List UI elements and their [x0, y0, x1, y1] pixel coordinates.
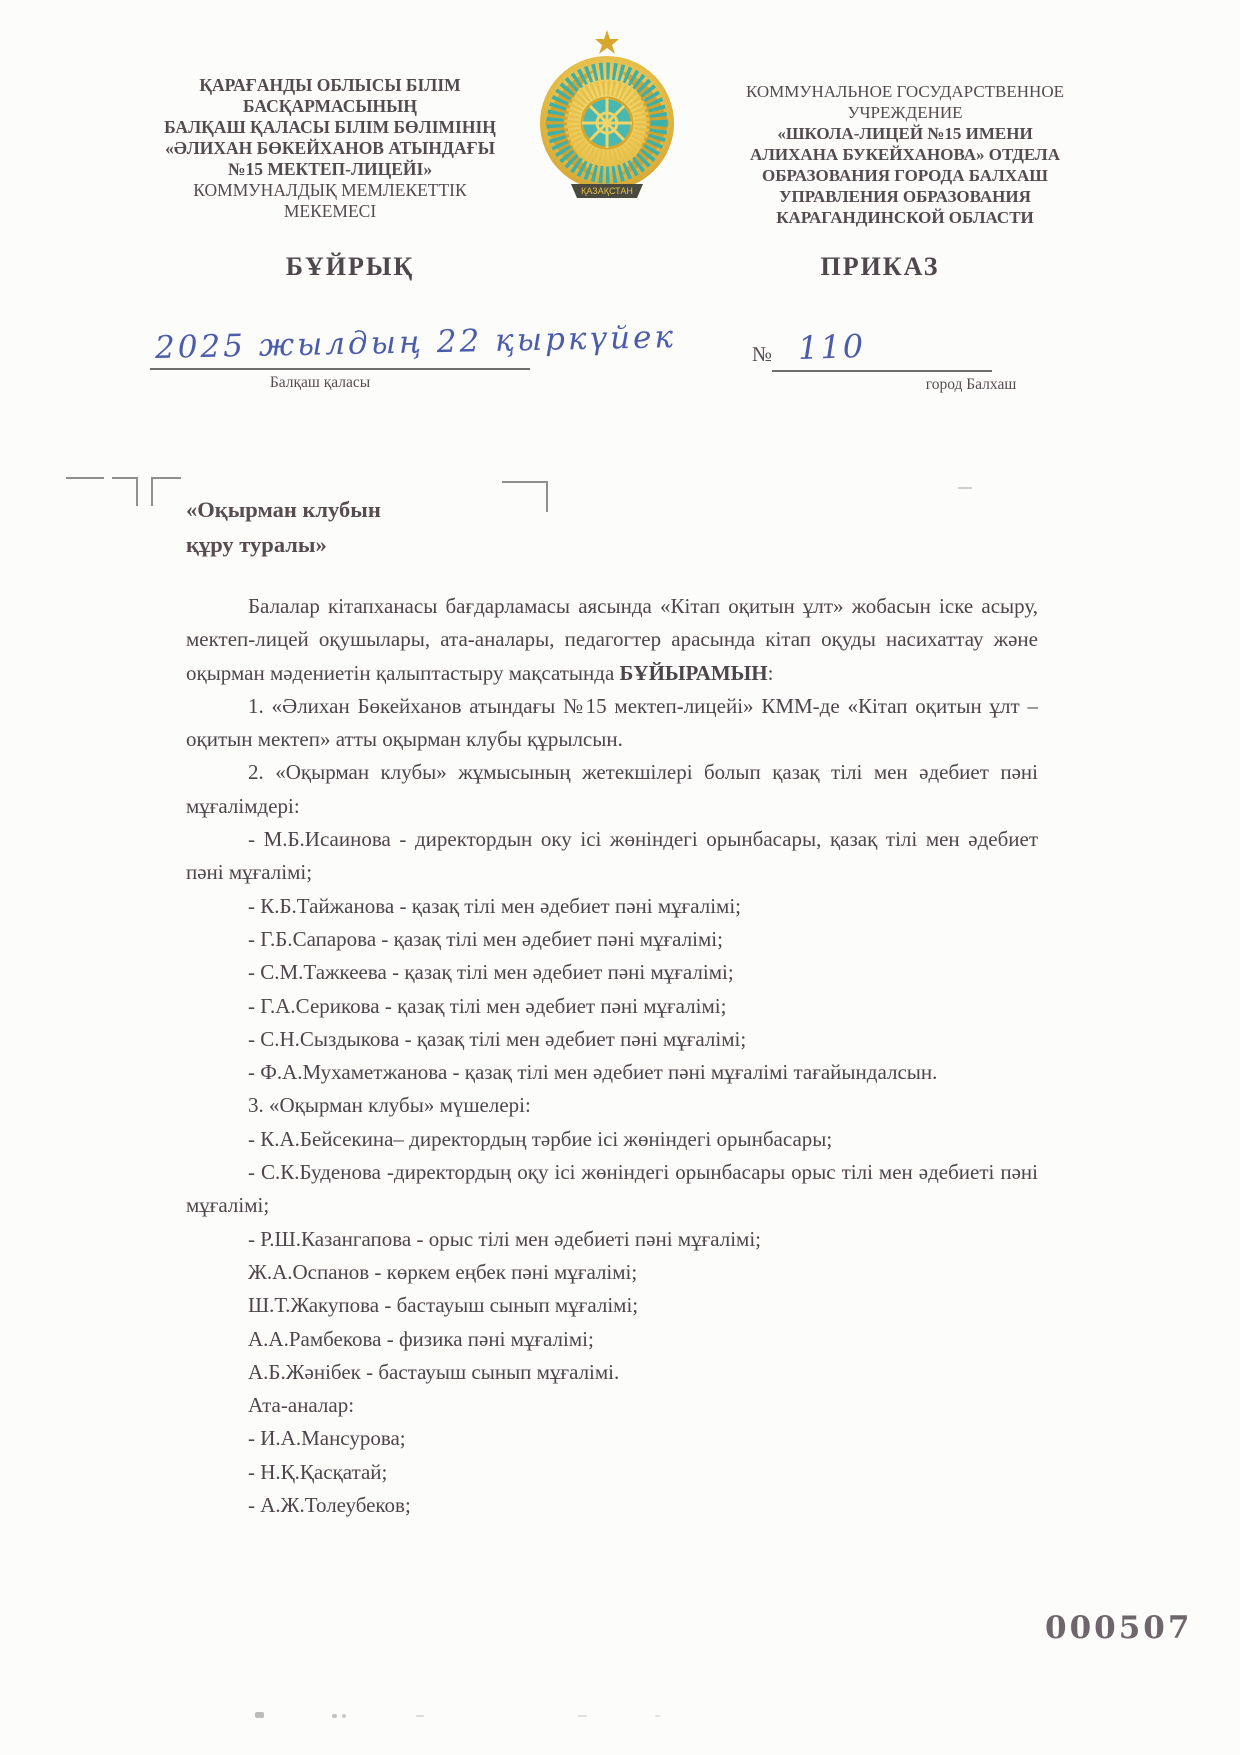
body-paragraph: - Н.Қ.Қасқатай; — [186, 1456, 1038, 1489]
intro-paragraph: Балалар кітапханасы бағдарламасы аясында… — [186, 590, 1038, 690]
header-right-russian: КОММУНАЛЬНОЕ ГОСУДАРСТВЕННОЕ УЧРЕЖДЕНИЕ … — [698, 60, 1112, 228]
body-paragraph: - Ф.А.Мухаметжанова - қазақ тілі мен әде… — [186, 1056, 1038, 1089]
header-left-org-type: КОММУНАЛДЫҚ МЕМЛЕКЕТТІК МЕКЕМЕСІ — [193, 180, 466, 221]
intro-keyword: БҰЙЫРАМЫН — [620, 661, 768, 685]
scan-artifact — [655, 1715, 660, 1717]
crop-mark — [136, 477, 138, 506]
scan-artifact — [332, 1714, 337, 1718]
crop-mark — [151, 477, 181, 479]
number-underline — [772, 370, 992, 372]
document-title: «Оқырман клубын құру туралы» — [186, 492, 606, 562]
handwritten-date: 2025 жылдың 22 қыркүйек — [155, 322, 536, 366]
body-paragraph: - С.Н.Сыздыкова - қазақ тілі мен әдебиет… — [186, 1023, 1038, 1056]
crop-mark — [66, 477, 104, 479]
order-title-kazakh: БҰЙРЫҚ — [170, 252, 530, 282]
handwritten-order-number: 110 — [797, 327, 865, 367]
scanned-order-page: ҚАРАҒАНДЫ ОБЛЫСЫ БІЛІМ БАСҚАРМАСЫНЫҢ БАЛ… — [0, 0, 1240, 1755]
body-paragraph: - А.Ж.Толеубеков; — [186, 1489, 1038, 1522]
intro-tail: : — [768, 661, 774, 685]
crop-mark — [151, 477, 153, 506]
header-left-kazakh: ҚАРАҒАНДЫ ОБЛЫСЫ БІЛІМ БАСҚАРМАСЫНЫҢ БАЛ… — [140, 54, 520, 222]
scan-artifact — [342, 1714, 346, 1718]
scan-artifact — [255, 1712, 264, 1718]
place-label-russian: город Балхаш — [871, 376, 1071, 394]
body-paragraph: 3. «Оқырман клубы» мүшелері: — [186, 1089, 1038, 1122]
body-paragraph: - Р.Ш.Казангапова - орыс тілі мен әдебие… — [186, 1223, 1038, 1256]
scan-artifact — [578, 1715, 587, 1717]
kazakhstan-emblem-icon: ҚАЗАҚСТАН — [525, 24, 689, 208]
crop-mark — [958, 487, 972, 489]
body-paragraph: А.А.Рамбекова - физика пәні мұғалімі; — [186, 1323, 1038, 1356]
page-number-stamp: 000507 — [1045, 1610, 1192, 1646]
body-paragraph: - И.А.Мансурова; — [186, 1422, 1038, 1455]
body-paragraph: 2. «Оқырман клубы» жұмысының жетекшілері… — [186, 756, 1038, 823]
body-paragraph: - М.Б.Исаинова - директордын оку ісі жөн… — [186, 823, 1038, 890]
crop-mark — [112, 477, 138, 479]
header-right-org-type: КОММУНАЛЬНОЕ ГОСУДАРСТВЕННОЕ УЧРЕЖДЕНИЕ — [746, 82, 1064, 122]
body-paragraph: - С.М.Тажкеева - қазақ тілі мен әдебиет … — [186, 956, 1038, 989]
order-number-label: № — [752, 342, 772, 367]
header-right-org-name: «ШКОЛА-ЛИЦЕЙ №15 ИМЕНИ АЛИХАНА БУКЕЙХАНО… — [750, 124, 1060, 227]
body-paragraph: А.Б.Жәнібек - бастауыш сынып мұғалімі. — [186, 1356, 1038, 1389]
place-label-kazakh: Балқаш қаласы — [130, 374, 510, 392]
document-body: Балалар кітапханасы бағдарламасы аясында… — [186, 590, 1038, 1522]
header-left-org-name: ҚАРАҒАНДЫ ОБЛЫСЫ БІЛІМ БАСҚАРМАСЫНЫҢ БАЛ… — [164, 75, 496, 179]
body-paragraph: - К.А.Бейсекина– директордың тәрбие ісі … — [186, 1123, 1038, 1156]
body-paragraph: - Г.А.Серикова - қазақ тілі мен әдебиет … — [186, 990, 1038, 1023]
order-title-russian: ПРИКАЗ — [760, 252, 1000, 282]
paragraph-list: 1. «Әлихан Бөкейханов атындағы №15 мекте… — [186, 690, 1038, 1522]
body-paragraph: Ата-аналар: — [186, 1389, 1038, 1422]
scan-artifact — [416, 1715, 424, 1717]
date-underline — [150, 368, 530, 370]
body-paragraph: 1. «Әлихан Бөкейханов атындағы №15 мекте… — [186, 690, 1038, 757]
crop-mark — [502, 481, 548, 483]
body-paragraph: - С.К.Буденова -директордың оқу ісі жөні… — [186, 1156, 1038, 1223]
body-paragraph: Ш.Т.Жакупова - бастауыш сынып мұғалімі; — [186, 1289, 1038, 1322]
emblem-banner-label: ҚАЗАҚСТАН — [581, 186, 633, 196]
intro-text: Балалар кітапханасы бағдарламасы аясында… — [186, 594, 1038, 685]
body-paragraph: - Г.Б.Сапарова - қазақ тілі мен әдебиет … — [186, 923, 1038, 956]
body-paragraph: Ж.А.Оспанов - көркем еңбек пәні мұғалімі… — [186, 1256, 1038, 1289]
body-paragraph: - К.Б.Тайжанова - қазақ тілі мен әдебиет… — [186, 890, 1038, 923]
